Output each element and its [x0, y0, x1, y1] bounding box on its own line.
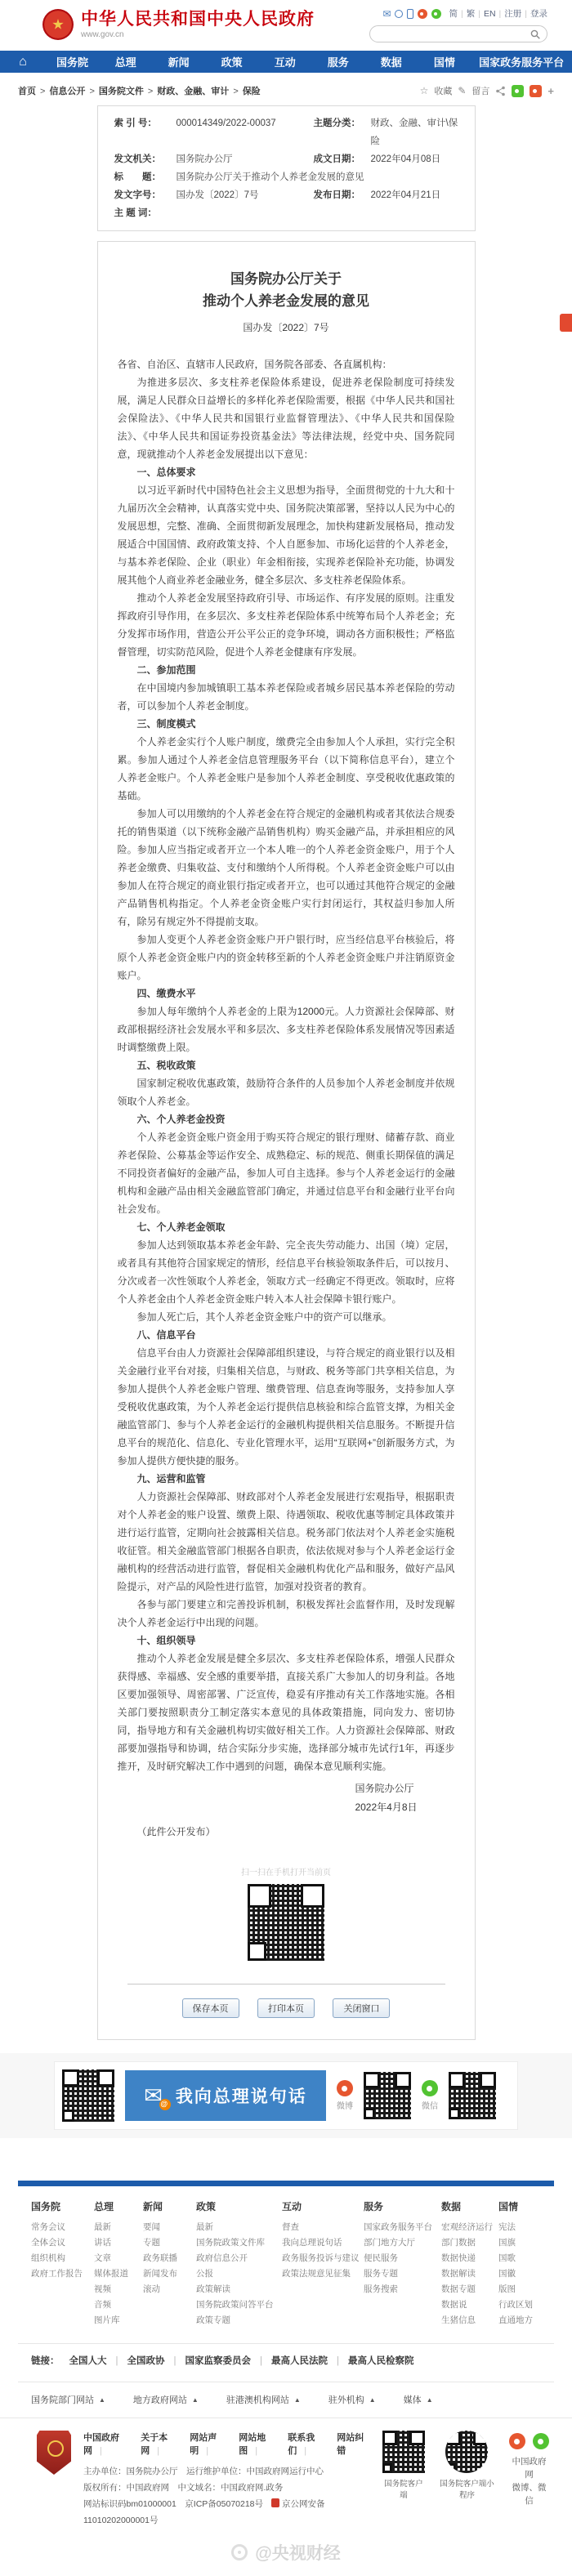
miniprogram-qr-group: 国务院客户端小程序 [437, 2431, 497, 2500]
close-window-button[interactable]: 关闭窗口 [333, 1998, 390, 2018]
footer-link[interactable]: 滚动 [143, 2282, 196, 2297]
document-paragraph: 参加人达到领取基本养老金年龄、完全丧失劳动能力、出国（境）定居，或者具有其他符合… [118, 1236, 455, 1308]
footer-column-title[interactable]: 互动 [282, 2199, 364, 2213]
footer-link[interactable]: 服务专题 [364, 2266, 441, 2282]
footer-column: 服务 国家政务服务平台部门地方大厅便民服务服务专题服务搜索 [364, 2199, 441, 2328]
language-links: 简繁EN注册登录 [449, 7, 547, 20]
related-link[interactable]: 全国人大 [69, 2354, 127, 2367]
site-dropdown[interactable]: 驻外机构▲ [328, 2393, 376, 2406]
bottom-footer-links: 中国政府网关于本网网站声明网站地图联系我们网站纠错 [83, 2431, 370, 2457]
document-paragraph: 在中国境内参加城镇职工基本养老保险或者城乡居民基本养老保险的劳动者，可以参加个人… [118, 679, 455, 715]
footer-link[interactable]: 政府工作报告 [31, 2266, 94, 2282]
nav-item[interactable]: 国家政务服务平台 [471, 51, 572, 73]
weibo-icon[interactable] [337, 2080, 353, 2096]
document-paragraph: 二、参加范围 [118, 661, 455, 679]
main-nav: ⌂ 国务院总理新闻政策互动服务数据国情国家政务服务平台 [0, 51, 572, 73]
document-paragraph: 国家制定税收优惠政策，鼓励符合条件的人员参加个人养老金制度并依规领取个人养老金。 [118, 1074, 455, 1110]
footer-link[interactable]: 数据快递 [441, 2251, 498, 2266]
meta-label: 索 引 号： [114, 114, 177, 150]
nav-item[interactable]: 政策 [205, 51, 258, 73]
footer-column-title[interactable]: 数据 [441, 2199, 498, 2213]
footer-column: 数据 宏观经济运行部门数据数据快递数据解读数据专题数据说生猪信息 [441, 2199, 498, 2328]
banner-card: ✉@ 我向总理说句话 微博 微信 [54, 2061, 518, 2130]
footer-link[interactable]: 公报 [196, 2266, 282, 2282]
watermark: @央视财经 [0, 2532, 572, 2576]
meta-label: 发布日期： [314, 186, 371, 204]
at-badge-icon: @ [159, 2099, 171, 2110]
envelope-icon: ✉@ [144, 2085, 164, 2107]
footer-link[interactable]: 要闻 [143, 2220, 196, 2235]
national-emblem-icon [42, 9, 74, 40]
banner-strip: ✉@ 我向总理说句话 微博 微信 [0, 2053, 572, 2138]
related-link[interactable]: 最高人民法院 [271, 2354, 348, 2367]
footer-link[interactable]: 便民服务 [364, 2251, 441, 2266]
footer-link[interactable]: 音频 [94, 2297, 143, 2313]
footer-link[interactable]: 最新 [94, 2220, 143, 2235]
weibo-watermark-icon [231, 2544, 248, 2560]
related-link[interactable]: 最高人民检察院 [348, 2354, 414, 2367]
meta-label: 发文机关： [114, 150, 177, 168]
meta-value [177, 204, 458, 222]
bottom-footer-link[interactable]: 网站声明 [190, 2431, 239, 2457]
comment-label[interactable]: 留言 [471, 84, 489, 97]
document-paragraph: 五、税收政策 [118, 1056, 455, 1074]
bottom-footer-link[interactable]: 联系我们 [288, 2431, 337, 2457]
app-qr-group: 国务院客户端 [382, 2431, 425, 2500]
lang-link[interactable]: 登录 [530, 7, 547, 20]
banner-qr-code [62, 2069, 114, 2122]
lang-link[interactable]: 繁 [467, 7, 484, 20]
related-links-row: 链接： 全国人大全国政协国家监察委员会最高人民法院最高人民检察院 [31, 2354, 541, 2367]
document-paragraph: 参加人可以用缴纳的个人养老金在符合规定的金融机构或者其依法合规委托的销售渠道（以… [118, 805, 455, 931]
site-logo[interactable]: 中华人民共和国中央人民政府 www.gov.cn [42, 9, 315, 40]
weibo-icon[interactable] [509, 2433, 525, 2449]
footer-link[interactable]: 新闻发布 [143, 2266, 196, 2282]
footer-column-title[interactable]: 政策 [196, 2199, 282, 2213]
footer-column: 互动 督查我向总理说句话政务服务投诉与建议政策法规意见征集 [282, 2199, 364, 2328]
footer-link[interactable]: 生猪信息 [441, 2313, 498, 2328]
lang-link[interactable]: 简 [449, 7, 466, 20]
breadcrumb-row: 首页信息公开国务院文件财政、金融、审计保险 ☆ 收藏 ✎ 留言 + [18, 84, 554, 97]
floating-sidebar-widget[interactable] [560, 314, 572, 332]
footer-link[interactable]: 国家政务服务平台 [364, 2220, 441, 2235]
chevron-up-icon: ▲ [294, 2396, 301, 2404]
footer-column-title[interactable]: 总理 [94, 2199, 143, 2213]
site-dropdown[interactable]: 国务院部门网站▲ [31, 2393, 105, 2406]
nav-item[interactable]: 总理 [99, 51, 152, 73]
banner-slogan: 我向总理说句话 [176, 2083, 307, 2108]
footer-column-title[interactable]: 国情 [498, 2199, 541, 2213]
footer-link[interactable]: 政务联播 [143, 2251, 196, 2266]
document-body: 各省、自治区、直辖市人民政府，国务院各部委、各直属机构：为推进多层次、多支柱养老… [118, 355, 455, 1775]
footer-columns: 国务院 常务会议全体会议组织机构政府工作报告 总理 最新讲话文章媒体报道视频音频… [31, 2199, 572, 2328]
weibo-label: 微博 [337, 2099, 353, 2111]
footer-link[interactable]: 国务院政策文件库 [196, 2235, 282, 2251]
accessibility-icon[interactable] [395, 10, 403, 18]
gov-site-badge-logo[interactable] [37, 2431, 71, 2475]
site-dropdown[interactable]: 媒体▲ [404, 2393, 433, 2406]
footer-link[interactable]: 数据说 [441, 2297, 498, 2313]
meta-value: 国办发〔2022〕7号 [177, 186, 314, 204]
breadcrumb-item[interactable]: 保险 [243, 84, 261, 97]
bottom-footer-link[interactable]: 关于本网 [141, 2431, 190, 2457]
nav-item[interactable]: 国情 [418, 51, 471, 73]
document-paragraph: 个人养老金资金账户资金用于购买符合规定的银行理财、储蓄存款、商业养老保险、公募基… [118, 1128, 455, 1218]
lang-link[interactable]: EN [484, 9, 504, 19]
footer-link[interactable]: 服务搜索 [364, 2282, 441, 2297]
page-qr-code [248, 1884, 324, 1961]
site-dropdowns-row: 国务院部门网站▲地方政府网站▲驻港澳机构网站▲驻外机构▲媒体▲ [31, 2393, 541, 2406]
document-paragraph: 十、组织领导 [118, 1632, 455, 1650]
page-actions: ☆ 收藏 ✎ 留言 + [420, 84, 554, 97]
miniprogram-qr-label: 国务院客户端小程序 [437, 2477, 497, 2500]
document-paragraph: 推动个人养老金发展坚持政府引导、市场运作、有序发展的原则。注重发挥政府引导作用，… [118, 589, 455, 661]
qr-tip: 扫一扫在手机打开当前页 [118, 1865, 455, 1877]
footer-column-title[interactable]: 新闻 [143, 2199, 196, 2213]
nav-item[interactable]: 国务院 [46, 51, 99, 73]
breadcrumb: 首页信息公开国务院文件财政、金融、审计保险 [18, 84, 261, 97]
document-number: 国办发〔2022〕7号 [118, 320, 455, 334]
footer-link[interactable]: 图片库 [94, 2313, 143, 2328]
footer-link[interactable]: 全体会议 [31, 2235, 94, 2251]
signoff-date: 2022年4月8日 [118, 1798, 455, 1816]
meta-label: 成文日期： [314, 150, 371, 168]
footer-link[interactable]: 最新 [196, 2220, 282, 2235]
document-paragraph: 为推进多层次、多支柱养老保险体系建设，促进养老保险制度可持续发展，满足人民群众日… [118, 373, 455, 463]
footer-link[interactable]: 版图 [498, 2282, 541, 2297]
footer-link[interactable]: 常务会议 [31, 2220, 94, 2235]
miniprogram-qr-code [445, 2431, 488, 2473]
document-paragraph: 六、个人养老金投资 [118, 1110, 455, 1128]
header-utilities: ✉ 简繁EN注册登录 [369, 7, 547, 42]
weibo-group: 微博 [337, 2080, 353, 2111]
footer-link[interactable]: 国旗 [498, 2235, 541, 2251]
nav-items: 国务院总理新闻政策互动服务数据国情国家政务服务平台 [46, 51, 572, 73]
copyright-line: 版权所有：中国政府网 中文域名：中国政府网.政务 [83, 2480, 370, 2496]
signoff-agency: 国务院办公厅 [118, 1779, 455, 1798]
footer-accent-bar [18, 2181, 554, 2186]
footer-column: 国务院 常务会议全体会议组织机构政府工作报告 [31, 2199, 94, 2328]
related-link[interactable]: 全国政协 [127, 2354, 185, 2367]
document-actions: 保存本页 打印本页 关闭窗口 [118, 1984, 455, 2021]
police-badge-icon [271, 2498, 279, 2507]
wechat-label: 微信 [422, 2099, 438, 2111]
document-paragraph: 人力资源社会保障部、财政部对个人养老金发展进行宏观指导，根据职责对个人养老金的账… [118, 1488, 455, 1596]
chevron-up-icon: ▲ [427, 2396, 433, 2404]
comment-pencil-icon[interactable]: ✎ [458, 86, 466, 96]
footer-link[interactable]: 我向总理说句话 [282, 2235, 364, 2251]
meta-value: 000014349/2022-00037 [177, 114, 314, 150]
site-header: 中华人民共和国中央人民政府 www.gov.cn ✉ 简繁EN注册登录 [0, 0, 572, 51]
breadcrumb-item[interactable]: 财政、金融、审计 [157, 84, 242, 97]
meta-value: 2022年04月21日 [371, 186, 458, 204]
mail-icon[interactable]: ✉ [382, 9, 391, 19]
nav-item[interactable]: 数据 [364, 51, 418, 73]
footer-column: 政策 最新国务院政策文件库政府信息公开公报政策解读国务院政策问答平台政策专题 [196, 2199, 282, 2328]
bottom-footer-link[interactable]: 网站纠错 [337, 2431, 370, 2457]
document-paragraph: 各参与部门要建立和完善投诉机制，积极发挥社会监督作用，及时发现解决个人养老金运行… [118, 1596, 455, 1632]
footer-link[interactable]: 视频 [94, 2282, 143, 2297]
write-to-premier-banner[interactable]: ✉@ 我向总理说句话 [125, 2070, 326, 2121]
document-paragraph: 三、制度模式 [118, 715, 455, 733]
nav-item[interactable]: 互动 [258, 51, 311, 73]
footer-link[interactable]: 讲话 [94, 2235, 143, 2251]
meta-value: 国务院办公厅关于推动个人养老金发展的意见 [177, 168, 458, 186]
watermark-text: @央视财经 [255, 2540, 340, 2565]
site-title: 中华人民共和国中央人民政府 [81, 10, 315, 29]
footer-link[interactable]: 政策解读 [196, 2282, 282, 2297]
footer-link[interactable]: 数据专题 [441, 2282, 498, 2297]
footer-link[interactable]: 直通地方 [498, 2313, 541, 2328]
site-url: www.gov.cn [81, 30, 315, 39]
more-share-icon[interactable]: + [547, 85, 554, 97]
footer-link[interactable]: 部门数据 [441, 2235, 498, 2251]
weibo-share-icon[interactable] [530, 85, 542, 97]
weibo-icon[interactable] [418, 9, 427, 19]
footer-link[interactable]: 部门地方大厅 [364, 2235, 441, 2251]
wechat-share-icon[interactable] [512, 85, 524, 97]
footer-link[interactable]: 宪法 [498, 2220, 541, 2235]
document-paragraph: 参加人每年缴纳个人养老金的上限为12000元。人力资源社会保障部、财政部根据经济… [118, 1002, 455, 1056]
icp-line: 网站标识码bm01000001 京ICP备05070218号京公网安备11010… [83, 2496, 370, 2529]
footer-link[interactable]: 国徽 [498, 2266, 541, 2282]
public-release-note: （此件公开发布） [118, 1823, 455, 1841]
meta-value: 财政、金融、审计\保险 [371, 114, 458, 150]
gov-app-qr-label: 国务院客户端 [382, 2477, 425, 2500]
favorite-label[interactable]: 收藏 [434, 84, 452, 97]
footer-link[interactable]: 督查 [282, 2220, 364, 2235]
divider [18, 2343, 554, 2344]
document-paragraph: 个人养老金实行个人账户制度，缴费完全由参加人个人承担，实行完全积累。参加人通过个… [118, 733, 455, 805]
share-icon[interactable] [495, 86, 506, 96]
print-page-button[interactable]: 打印本页 [257, 1998, 315, 2018]
site-dropdown[interactable]: 驻港澳机构网站▲ [226, 2393, 301, 2406]
footer-link[interactable]: 媒体报道 [94, 2266, 143, 2282]
footer-column-title[interactable]: 国务院 [31, 2199, 94, 2213]
footer-link[interactable]: 宏观经济运行 [441, 2220, 498, 2235]
divider [18, 2382, 554, 2382]
save-page-button[interactable]: 保存本页 [182, 1998, 239, 2018]
chevron-up-icon: ▲ [99, 2396, 105, 2404]
home-icon[interactable]: ⌂ [0, 51, 46, 73]
footer-link[interactable]: 国务院政策问答平台 [196, 2297, 282, 2313]
footer-link[interactable]: 政务服务投诉与建议 [282, 2251, 364, 2266]
meta-label: 标 题： [114, 168, 177, 186]
search-icon[interactable] [530, 29, 540, 39]
document-paragraph: 信息平台由人力资源社会保障部组织建设，与符合规定的商业银行以及相关金融行业平台对… [118, 1344, 455, 1470]
footer-link[interactable]: 文章 [94, 2251, 143, 2266]
document-paragraph: 各省、自治区、直辖市人民政府，国务院各部委、各直属机构： [118, 355, 455, 373]
related-link[interactable]: 国家监察委员会 [185, 2354, 272, 2367]
chevron-up-icon: ▲ [369, 2396, 376, 2404]
bottom-footer-link[interactable]: 网站地图 [239, 2431, 288, 2457]
footer-link[interactable]: 国歌 [498, 2251, 541, 2266]
document-paragraph: 参加人死亡后，其个人养老金资金账户中的资产可以继承。 [118, 1308, 455, 1326]
footer-link[interactable]: 专题 [143, 2235, 196, 2251]
wechat-icon[interactable] [533, 2433, 549, 2449]
wechat-icon[interactable] [431, 9, 441, 19]
lang-link[interactable]: 注册 [504, 7, 530, 20]
footer-column: 总理 最新讲话文章媒体报道视频音频图片库 [94, 2199, 143, 2328]
document-paragraph: 参加人变更个人养老金资金账户开户银行时，应当经信息平台核验后，将原个人养老金资金… [118, 931, 455, 984]
bottom-footer: 中国政府网关于本网网站声明网站地图联系我们网站纠错 主办单位：国务院办公厅 运行… [0, 2418, 572, 2532]
footer-link[interactable]: 数据解读 [441, 2266, 498, 2282]
document-paragraph: 七、个人养老金领取 [118, 1218, 455, 1236]
favorite-star-icon[interactable]: ☆ [420, 86, 429, 96]
meta-label: 主题分类： [314, 114, 371, 150]
document-paragraph: 九、运营和监管 [118, 1470, 455, 1488]
page: 中华人民共和国中央人民政府 www.gov.cn ✉ 简繁EN注册登录 ⌂ 国务… [0, 0, 572, 2576]
document-meta-table: 索 引 号： 000014349/2022-00037 主题分类： 财政、金融、… [97, 105, 476, 231]
weibo-qr-code [364, 2072, 411, 2119]
search-box [369, 25, 547, 42]
nav-item[interactable]: 服务 [311, 51, 364, 73]
meta-label: 主 题 词： [114, 204, 177, 222]
links-label: 链接： [31, 2354, 60, 2367]
footer-link[interactable]: 行政区划 [498, 2297, 541, 2313]
search-input[interactable] [377, 29, 530, 40]
footer-column: 新闻 要闻专题政务联播新闻发布滚动 [143, 2199, 196, 2328]
meta-value: 国务院办公厅 [177, 150, 314, 168]
nav-item[interactable]: 新闻 [152, 51, 205, 73]
footer-link[interactable]: 政策专题 [196, 2313, 282, 2328]
document-body-box: 国务院办公厅关于 推动个人养老金发展的意见 国办发〔2022〕7号 各省、自治区… [97, 241, 476, 2040]
meta-value: 2022年04月08日 [371, 150, 458, 168]
mobile-icon[interactable] [407, 9, 413, 19]
wechat-qr-code [449, 2072, 496, 2119]
meta-label: 发文字号： [114, 186, 177, 204]
breadcrumb-item[interactable]: 国务院文件 [99, 84, 157, 97]
footer-column-title[interactable]: 服务 [364, 2199, 441, 2213]
social-label-line1: 中国政府网 [509, 2455, 549, 2481]
organizer-line: 主办单位：国务院办公厅 运行维护单位：中国政府网运行中心 [83, 2463, 370, 2480]
wechat-group: 微信 [422, 2080, 438, 2111]
document-title-line1: 国务院办公厅关于 [118, 268, 455, 290]
chevron-up-icon: ▲ [192, 2396, 199, 2404]
site-dropdown[interactable]: 地方政府网站▲ [133, 2393, 199, 2406]
social-group: 中国政府网 微博、微信 [509, 2431, 549, 2507]
document-paragraph: 四、缴费水平 [118, 984, 455, 1002]
footer-link[interactable]: 组织机构 [31, 2251, 94, 2266]
gov-app-qr-code [382, 2431, 425, 2473]
wechat-icon[interactable] [422, 2080, 438, 2096]
footer-column: 国情 宪法国旗国歌国徽版图行政区划直通地方 [498, 2199, 541, 2328]
document-paragraph: 以习近平新时代中国特色社会主义思想为指导，全面贯彻党的十九大和十九届历次全会精神… [118, 481, 455, 589]
bottom-footer-link[interactable]: 中国政府网 [83, 2431, 141, 2457]
document-paragraph: 推动个人养老金发展是健全多层次、多支柱养老保险体系，增强人民群众获得感、幸福感、… [118, 1650, 455, 1775]
footer-link[interactable]: 政策法规意见征集 [282, 2266, 364, 2282]
breadcrumb-item[interactable]: 首页 [18, 84, 49, 97]
document-paragraph: 八、信息平台 [118, 1326, 455, 1344]
document-title-line2: 推动个人养老金发展的意见 [118, 290, 455, 312]
social-label-line2: 微博、微信 [509, 2481, 549, 2507]
footer-link[interactable]: 政府信息公开 [196, 2251, 282, 2266]
document-paragraph: 一、总体要求 [118, 463, 455, 481]
breadcrumb-item[interactable]: 信息公开 [49, 84, 98, 97]
